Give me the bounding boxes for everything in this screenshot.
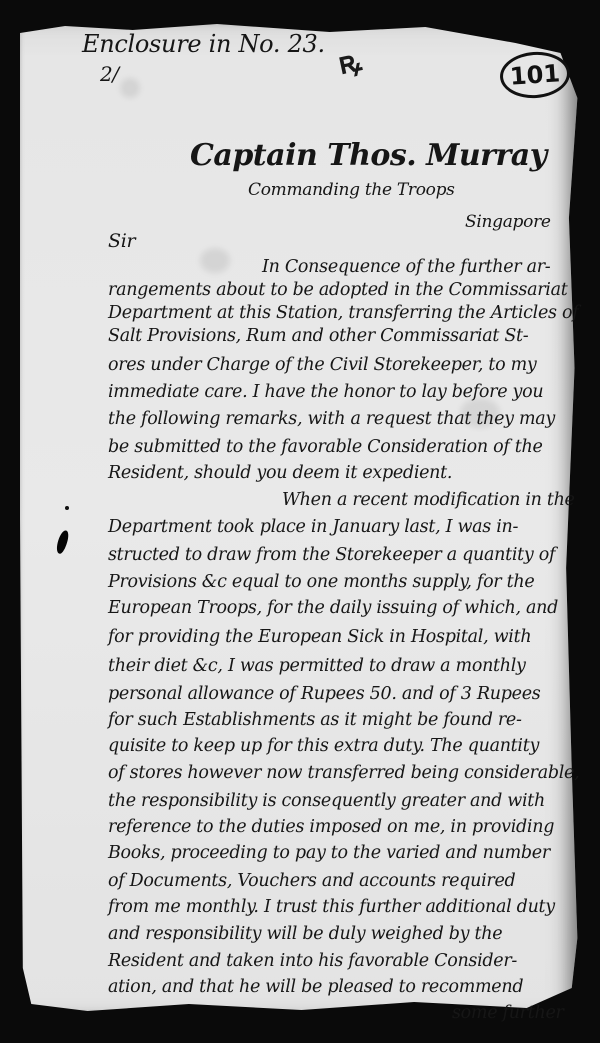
addressee-title: Commanding the Troops: [248, 180, 455, 200]
letter-line: some further: [452, 1003, 564, 1023]
letter-line: Department at this Station, transferring…: [108, 303, 578, 323]
letter-line: personal allowance of Rupees 50. and of …: [108, 684, 540, 704]
addressee-location: Singapore: [465, 212, 551, 232]
letter-line: from me monthly. I trust this further ad…: [108, 897, 555, 917]
letter-line: and responsibility will be duly weighed …: [108, 924, 502, 944]
letter-line: for providing the European Sick in Hospi…: [108, 627, 531, 647]
letter-line: the responsibility is consequently great…: [108, 791, 545, 811]
letter-line: immediate care. I have the honor to lay …: [108, 382, 543, 402]
ink-dot: [65, 506, 69, 510]
sub-annotation: 2/: [100, 62, 119, 86]
letter-line: Salt Provisions, Rum and other Commissar…: [108, 326, 528, 346]
letter-line: When a recent modification in the: [282, 490, 575, 510]
letter-line: of Documents, Vouchers and accounts requ…: [108, 871, 515, 891]
letter-line: In Consequence of the further ar-: [262, 257, 550, 277]
letter-line: Department took place in January last, I…: [108, 517, 518, 537]
letter-line: European Troops, for the daily issuing o…: [108, 598, 558, 618]
letter-line: Provisions &c equal to one months supply…: [108, 572, 534, 592]
salutation: Sir: [108, 230, 135, 252]
letter-line: Books, proceeding to pay to the varied a…: [108, 843, 550, 863]
letter-line: Resident, should you deem it expedient.: [108, 463, 452, 483]
letter-line: Resident and taken into his favorable Co…: [108, 951, 517, 971]
addressee-name: Captain Thos. Murray: [190, 138, 547, 173]
letter-line: ores under Charge of the Civil Storekeep…: [108, 355, 536, 375]
scan-background: Enclosure in No. 23. 2/ ꝶ 101 Captain Th…: [0, 0, 600, 1043]
paper-stain: [200, 248, 230, 273]
letter-line: rangements about to be adopted in the Co…: [108, 280, 567, 300]
letter-line: the following remarks, with a request th…: [108, 409, 555, 429]
letter-line: ation, and that he will be pleased to re…: [108, 977, 523, 997]
letter-line: reference to the duties imposed on me, i…: [108, 817, 554, 837]
letter-line: for such Establishments as it might be f…: [108, 710, 522, 730]
enclosure-annotation: Enclosure in No. 23.: [82, 30, 325, 58]
letter-line: quisite to keep up for this extra duty. …: [108, 736, 539, 756]
letter-line: their diet &c, I was permitted to draw a…: [108, 656, 526, 676]
letter-line: of stores however now transferred being …: [108, 763, 579, 783]
letter-line: be submitted to the favorable Considerat…: [108, 437, 543, 457]
letter-line: structed to draw from the Storekeeper a …: [108, 545, 555, 565]
paper-stain: [120, 78, 140, 98]
